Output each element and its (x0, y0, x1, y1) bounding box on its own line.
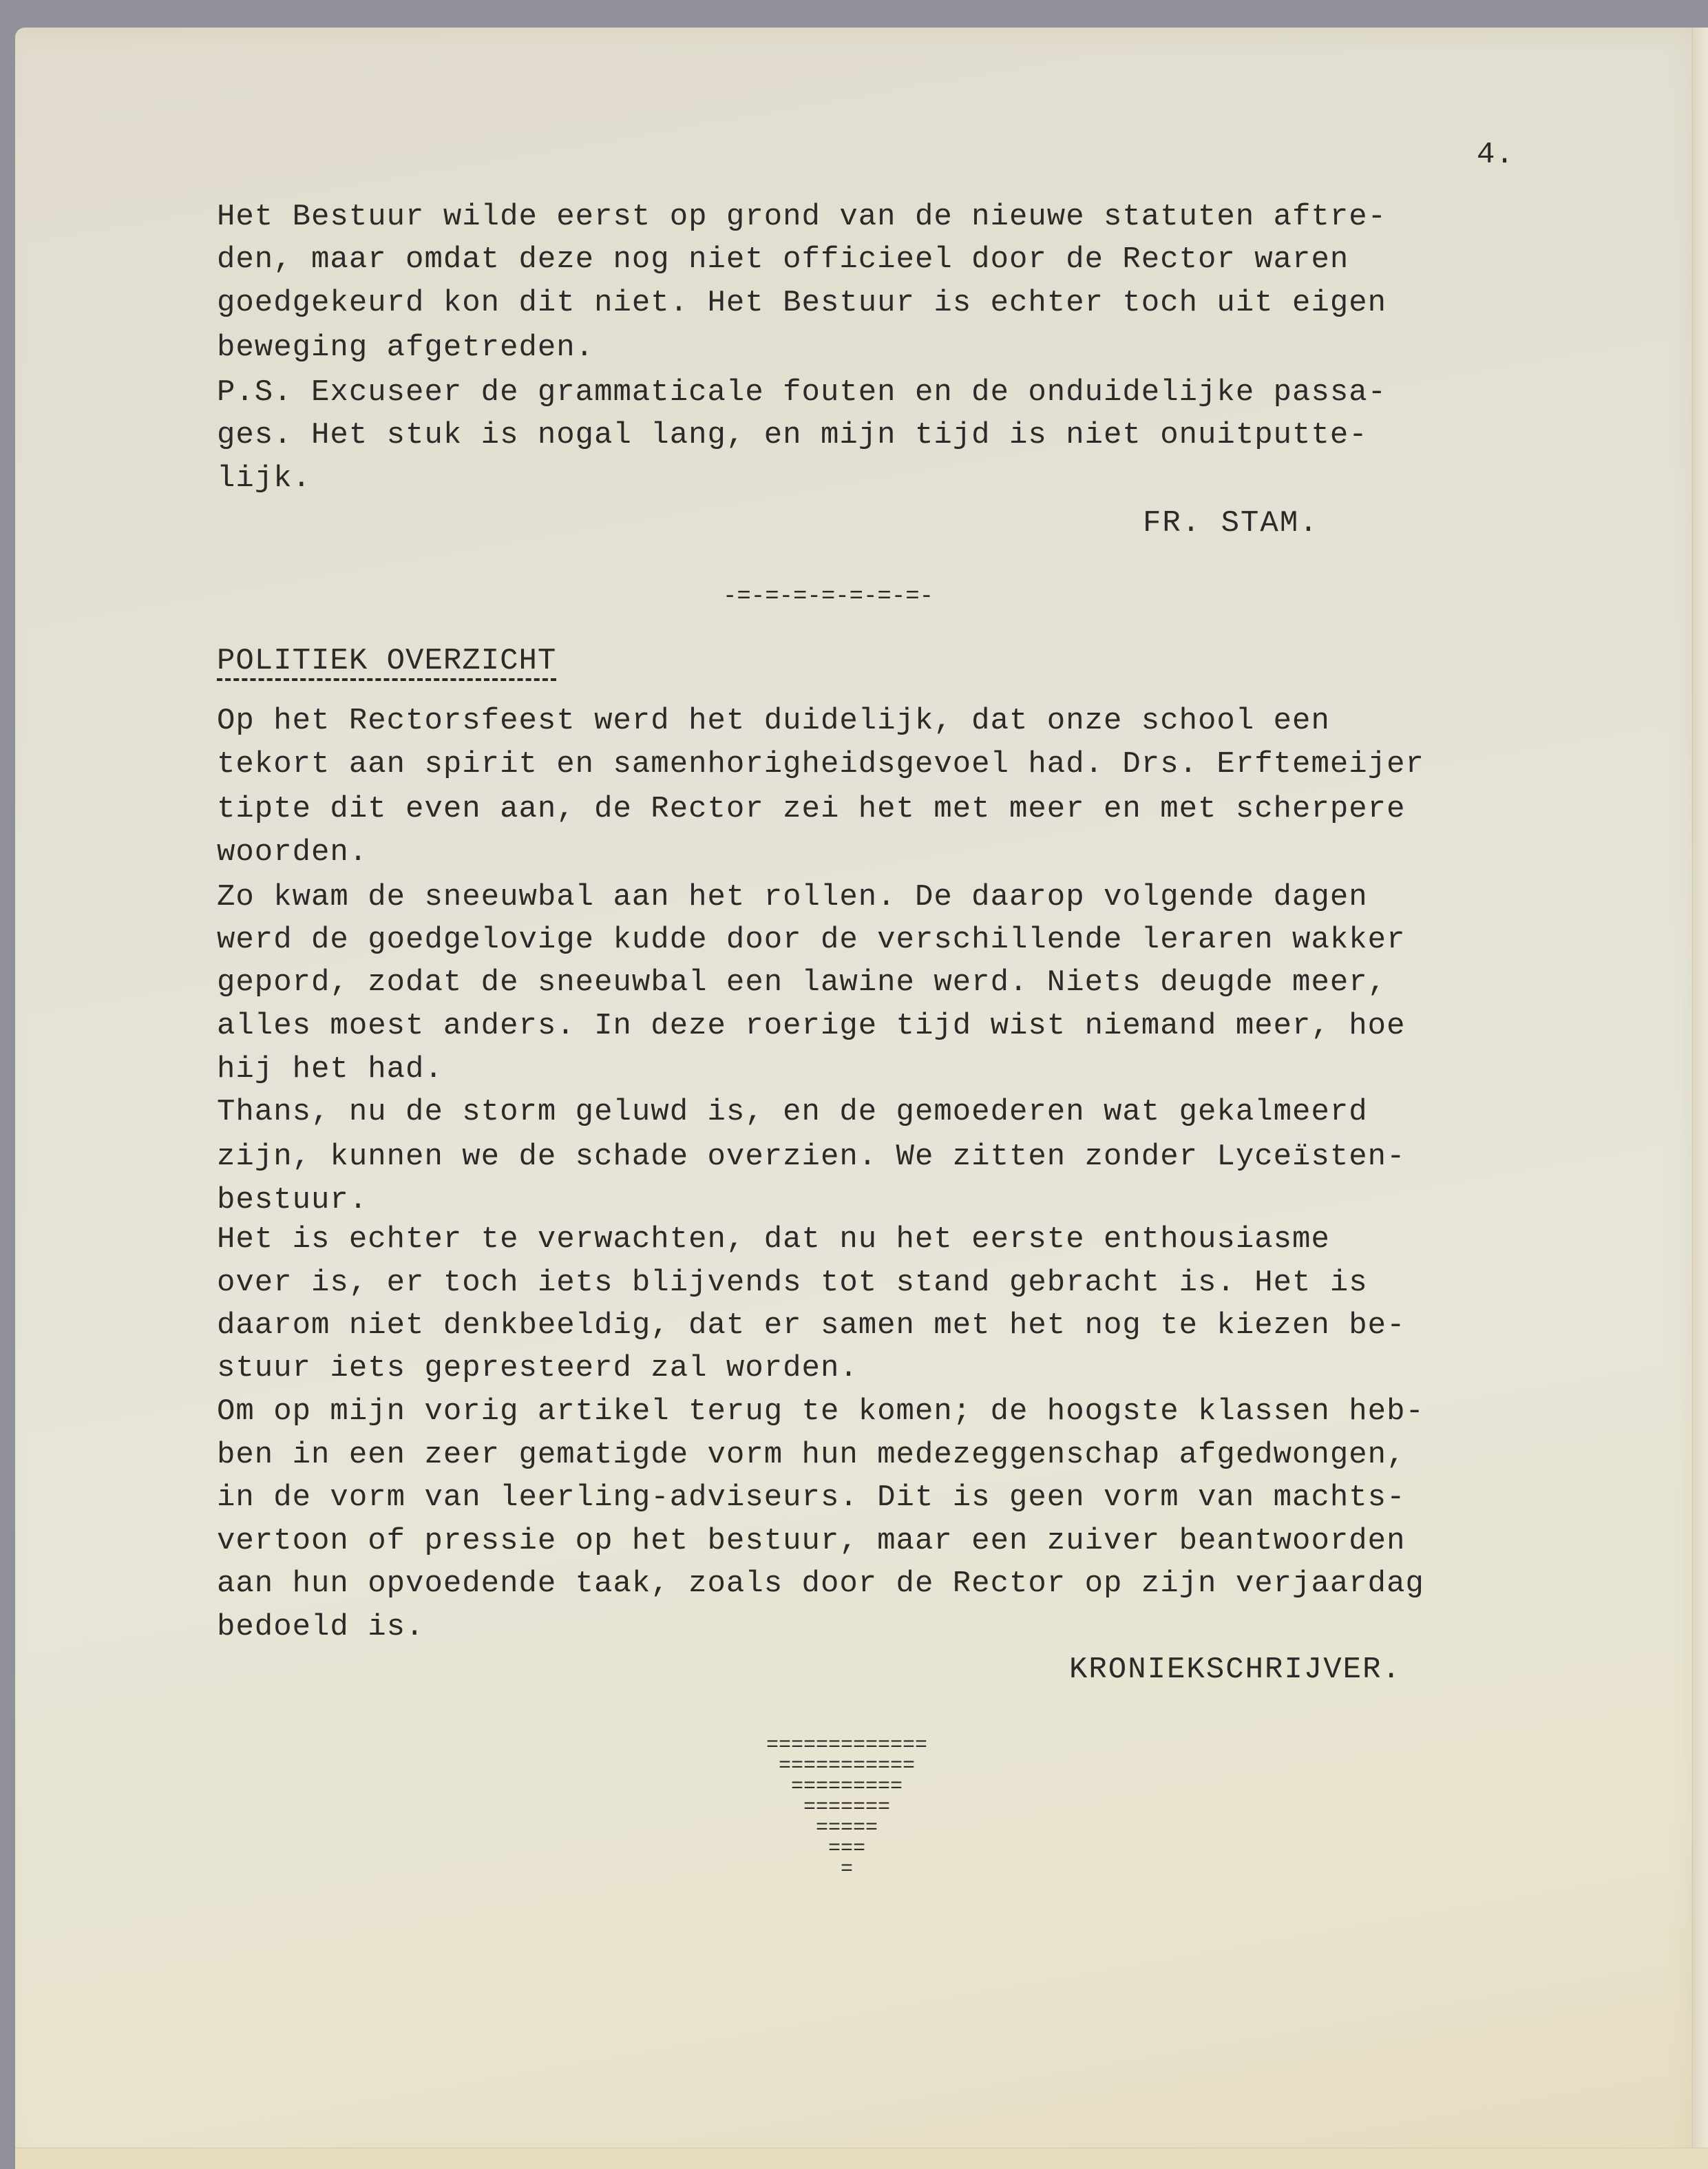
ornament-row: === (709, 1838, 984, 1859)
text-line: woorden. (217, 835, 368, 870)
page-number: 4. (1477, 138, 1515, 172)
page-edge (1692, 28, 1708, 2169)
text-line: Om op mijn vorig artikel terug te komen;… (217, 1394, 1424, 1429)
text-line: lijk. (217, 461, 311, 496)
text-line: bestuur. (217, 1183, 368, 1217)
page-bottom-edge (15, 2148, 1708, 2169)
text-line: ben in een zeer gematigde vorm hun medez… (217, 1438, 1405, 1472)
ornament-row: ===== (709, 1818, 984, 1838)
ornament-row: ============= (709, 1735, 984, 1756)
text-line: tekort aan spirit en samenhorigheidsgevo… (217, 747, 1424, 782)
text-line: over is, er toch iets blijvends tot stan… (217, 1266, 1368, 1300)
text-line: Zo kwam de sneeuwbal aan het rollen. De … (217, 880, 1368, 914)
text-line: vertoon of pressie op het bestuur, maar … (217, 1524, 1405, 1558)
ornament-row: =========== (709, 1756, 984, 1777)
text-line: in de vorm van leerling-adviseurs. Dit i… (217, 1480, 1405, 1515)
text-line: stuur iets gepresteerd zal worden. (217, 1351, 858, 1385)
ornament-row: ========= (709, 1777, 984, 1797)
signature-kroniekschrijver: KRONIEKSCHRIJVER. (1069, 1653, 1402, 1687)
text-line: bedoeld is. (217, 1610, 424, 1644)
text-line: daarom niet denkbeeldig, dat er samen me… (217, 1308, 1405, 1343)
text-line: Het Bestuur wilde eerst op grond van de … (217, 200, 1387, 234)
section-separator: -=-=-=-=-=-=-=- (723, 584, 934, 610)
text-line: Op het Rectorsfeest werd het duidelijk, … (217, 704, 1330, 738)
text-line: werd de goedgelovige kudde door de versc… (217, 923, 1405, 957)
text-line: zijn, kunnen we de schade overzien. We z… (217, 1140, 1405, 1174)
text-line: Thans, nu de storm geluwd is, en de gemo… (217, 1095, 1368, 1129)
text-line: beweging afgetreden. (217, 331, 594, 365)
text-line: aan hun opvoedende taak, zoals door de R… (217, 1566, 1424, 1601)
text-line: P.S. Excuseer de grammaticale fouten en … (217, 375, 1387, 410)
ornament-row: ======= (709, 1797, 984, 1818)
text-line: goedgekeurd kon dit niet. Het Bestuur is… (217, 286, 1387, 320)
text-line: Het is echter te verwachten, dat nu het … (217, 1222, 1330, 1257)
text-line: alles moest anders. In deze roerige tijd… (217, 1009, 1405, 1043)
section-heading: POLITIEK OVERZICHT (217, 644, 556, 678)
text-line: ges. Het stuk is nogal lang, en mijn tij… (217, 418, 1368, 452)
end-ornament-triangle: ============= =========== ========= ====… (709, 1735, 984, 1880)
text-line: gepord, zodat de sneeuwbal een lawine we… (217, 965, 1387, 1000)
ornament-row: = (709, 1859, 984, 1880)
text-line: tipte dit even aan, de Rector zei het me… (217, 792, 1405, 826)
text-line: hij het had. (217, 1052, 443, 1087)
text-line: den, maar omdat deze nog niet officieel … (217, 242, 1349, 277)
signature-fr-stam: FR. STAM. (1143, 506, 1319, 541)
